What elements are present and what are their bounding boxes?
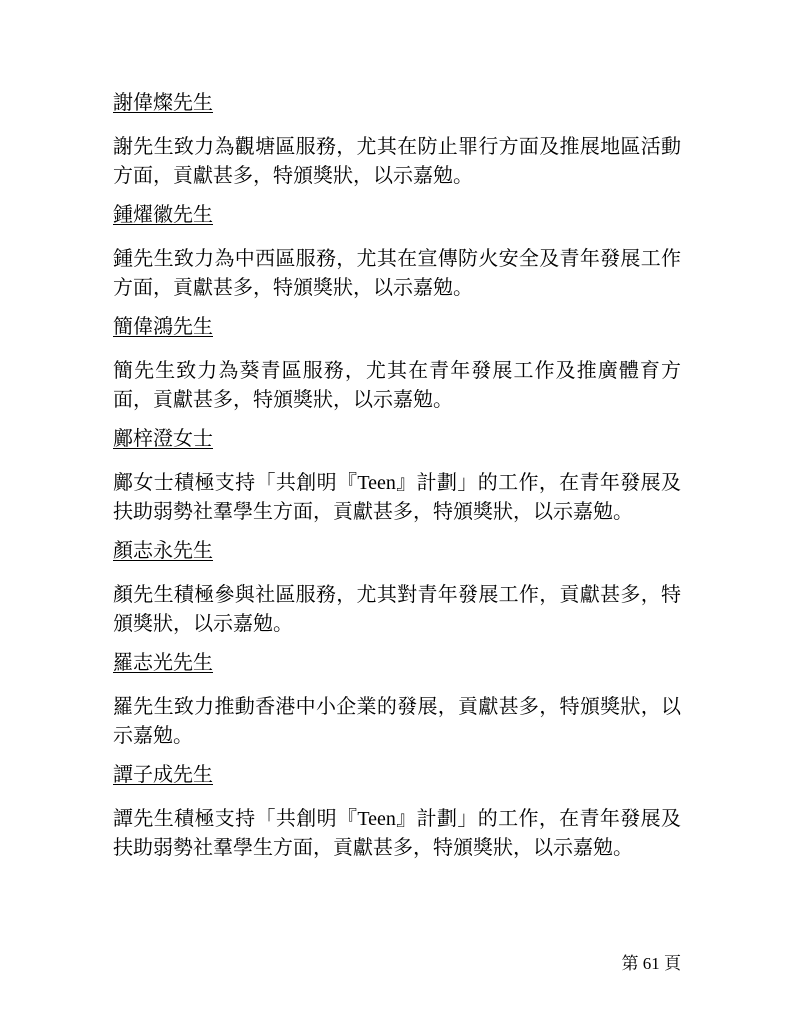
- awardee-name-heading: 羅志光先生: [113, 649, 681, 678]
- awardee-name-heading: 鍾燿徽先生: [113, 201, 681, 230]
- citation-line-1: 鍾先生致力為中西區服務，尤其在宣傳防火安全及青年發展工作: [113, 245, 681, 274]
- page-footer: 第 61 頁: [622, 953, 682, 975]
- commendation-entry: 譚子成先生 譚先生積極支持「共創明『Teen』計劃」的工作，在青年發展及 扶助弱…: [113, 761, 681, 863]
- citation-line-2: 方面，貢獻甚多，特頒獎狀，以示嘉勉。: [113, 162, 681, 191]
- commendation-entry: 鍾燿徽先生 鍾先生致力為中西區服務，尤其在宣傳防火安全及青年發展工作 方面，貢獻…: [113, 201, 681, 303]
- citation-line-2: 方面，貢獻甚多，特頒獎狀，以示嘉勉。: [113, 274, 681, 303]
- citation-line-1: 簡先生致力為葵青區服務，尤其在青年發展工作及推廣體育方: [113, 357, 681, 386]
- awardee-name-heading: 鄺梓澄女士: [113, 425, 681, 454]
- citation-line-2: 扶助弱勢社羣學生方面，貢獻甚多，特頒獎狀，以示嘉勉。: [113, 498, 681, 527]
- commendation-entry: 謝偉燦先生 謝先生致力為觀塘區服務，尤其在防止罪行方面及推展地區活動 方面，貢獻…: [113, 89, 681, 191]
- commendation-entry: 簡偉鴻先生 簡先生致力為葵青區服務，尤其在青年發展工作及推廣體育方 面，貢獻甚多…: [113, 313, 681, 415]
- citation-line-1: 譚先生積極支持「共創明『Teen』計劃」的工作，在青年發展及: [113, 805, 681, 834]
- awardee-name-heading: 謝偉燦先生: [113, 89, 681, 118]
- citation-line-1: 謝先生致力為觀塘區服務，尤其在防止罪行方面及推展地區活動: [113, 133, 681, 162]
- citation-line-2: 頒獎狀，以示嘉勉。: [113, 610, 681, 639]
- citation-line-2: 示嘉勉。: [113, 722, 681, 751]
- awardee-name-heading: 譚子成先生: [113, 761, 681, 790]
- document-body: 謝偉燦先生 謝先生致力為觀塘區服務，尤其在防止罪行方面及推展地區活動 方面，貢獻…: [113, 89, 681, 873]
- document-page: 謝偉燦先生 謝先生致力為觀塘區服務，尤其在防止罪行方面及推展地區活動 方面，貢獻…: [0, 0, 791, 1024]
- commendation-entry: 羅志光先生 羅先生致力推動香港中小企業的發展，貢獻甚多，特頒獎狀，以 示嘉勉。: [113, 649, 681, 751]
- citation-line-1: 鄺女士積極支持「共創明『Teen』計劃」的工作，在青年發展及: [113, 469, 681, 498]
- citation-line-1: 顏先生積極參與社區服務，尤其對青年發展工作，貢獻甚多，特: [113, 581, 681, 610]
- citation-line-2: 扶助弱勢社羣學生方面，貢獻甚多，特頒獎狀，以示嘉勉。: [113, 834, 681, 863]
- commendation-entry: 顏志永先生 顏先生積極參與社區服務，尤其對青年發展工作，貢獻甚多，特 頒獎狀，以…: [113, 537, 681, 639]
- citation-line-1: 羅先生致力推動香港中小企業的發展，貢獻甚多，特頒獎狀，以: [113, 693, 681, 722]
- awardee-name-heading: 顏志永先生: [113, 537, 681, 566]
- page-number: 第 61 頁: [622, 954, 682, 973]
- awardee-name-heading: 簡偉鴻先生: [113, 313, 681, 342]
- commendation-entry: 鄺梓澄女士 鄺女士積極支持「共創明『Teen』計劃」的工作，在青年發展及 扶助弱…: [113, 425, 681, 527]
- citation-line-2: 面，貢獻甚多，特頒獎狀，以示嘉勉。: [113, 386, 681, 415]
